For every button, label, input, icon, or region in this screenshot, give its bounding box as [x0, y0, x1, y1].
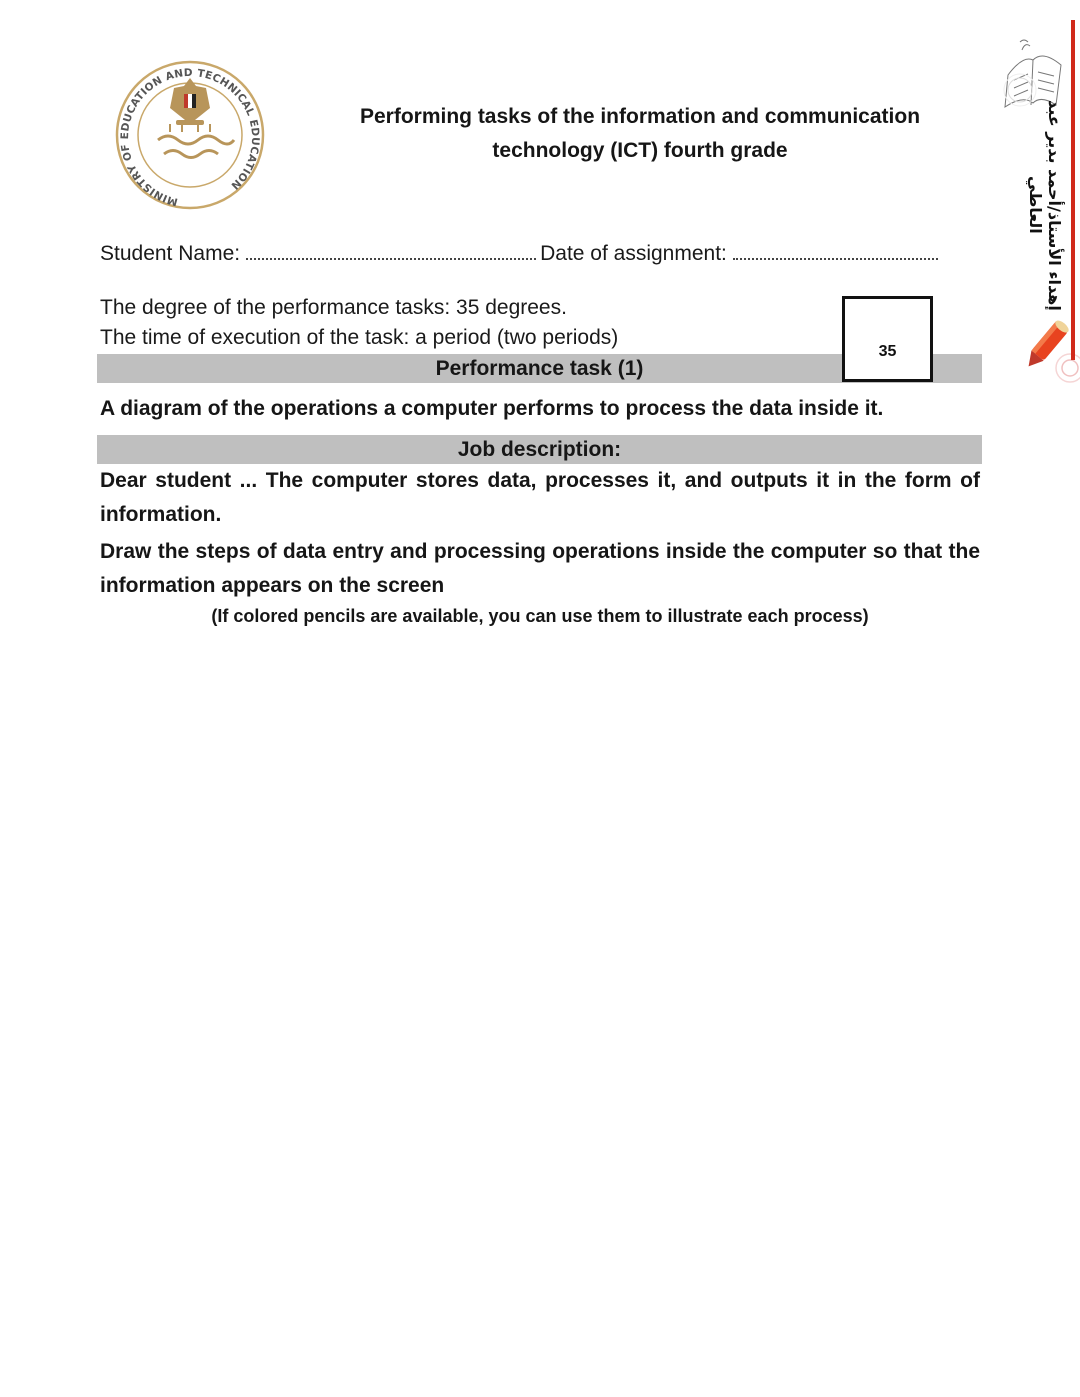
degree-info: The degree of the performance tasks: 35 … — [100, 294, 567, 322]
ministry-seal-icon: MINISTRY OF EDUCATION AND TECHNICAL EDUC… — [110, 60, 270, 210]
student-name-field[interactable] — [246, 258, 536, 260]
job-paragraph-1: Dear student ... The computer stores dat… — [100, 464, 980, 532]
time-info: The time of execution of the task: a per… — [100, 324, 618, 352]
date-field[interactable] — [733, 258, 938, 260]
title-line-1: Performing tasks of the information and … — [330, 100, 950, 134]
score-box: 35 — [842, 296, 933, 382]
job-paragraph-2: Draw the steps of data entry and process… — [100, 535, 980, 603]
date-label: Date of assignment: — [540, 240, 727, 268]
student-info-row: Student Name: Date of assignment: — [100, 240, 980, 268]
ministry-logo: MINISTRY OF EDUCATION AND TECHNICAL EDUC… — [110, 60, 270, 210]
score-value: 35 — [845, 343, 930, 361]
sidebar-accent-line — [1071, 20, 1075, 360]
title-line-2: technology (ICT) fourth grade — [330, 134, 950, 168]
colored-pencils-note: (If colored pencils are available, you c… — [100, 606, 980, 627]
sidebar-credit-text: إهداء الأستاذ/أحمد بدير عبد العاطي — [1030, 80, 1064, 330]
task-heading: A diagram of the operations a computer p… — [100, 395, 883, 423]
student-name-label: Student Name: — [100, 240, 240, 268]
job-description-band: Job description: — [97, 435, 982, 464]
document-title: Performing tasks of the information and … — [330, 100, 950, 168]
